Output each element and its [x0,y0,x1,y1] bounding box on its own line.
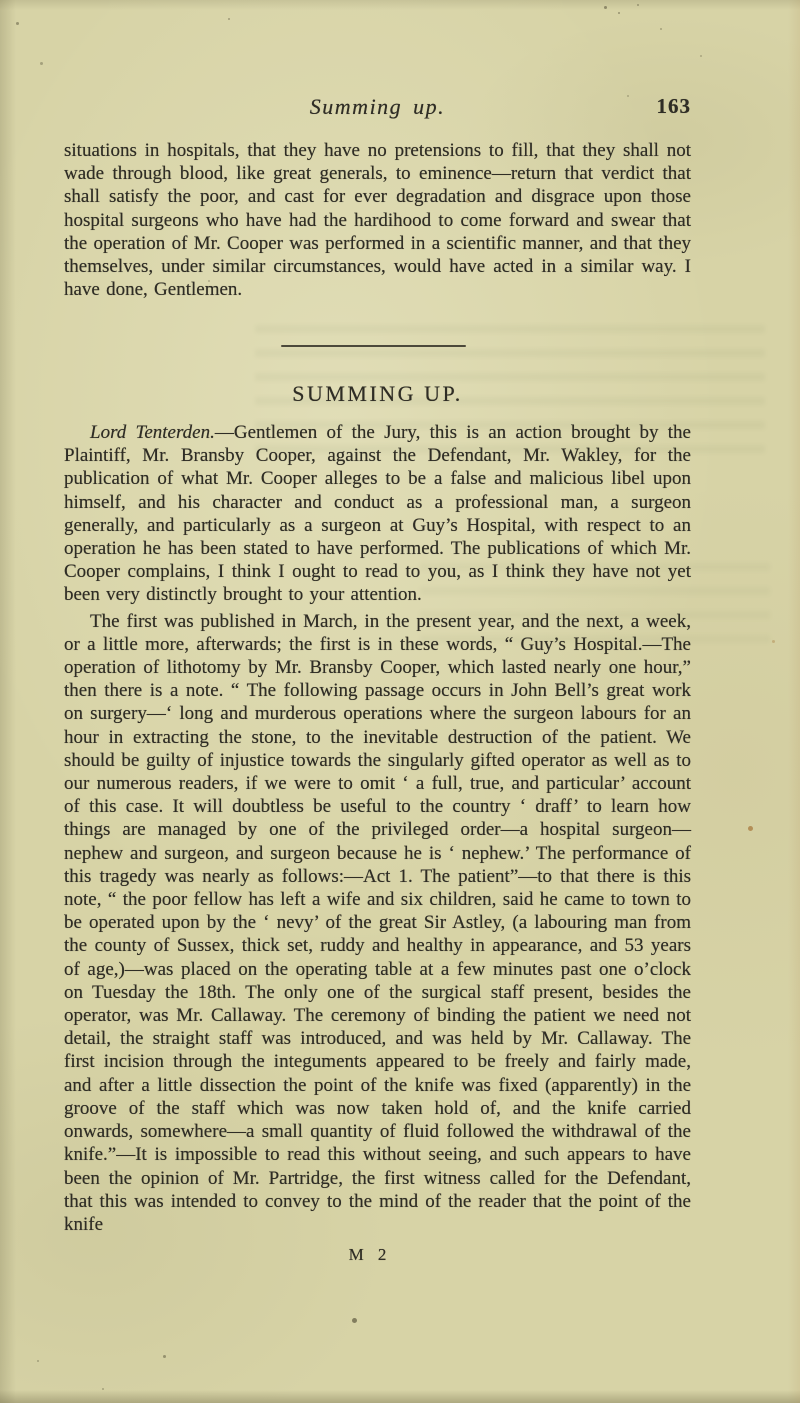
paper-speck [748,826,753,831]
paper-speck [700,55,702,57]
section-heading: SUMMING UP. [64,381,691,407]
paper-speck [163,1355,166,1358]
section-divider-rule [281,345,466,347]
speech-paragraph-1: Lord Tenterden.—Gentlemen of the Jury, t… [64,421,691,607]
page-number: 163 [657,94,692,119]
paper-speck [579,1197,581,1199]
paper-speck [102,1388,104,1390]
speech-paragraph-1-text: —Gentlemen of the Jury, this is an actio… [64,422,691,605]
paper-speck [466,199,470,203]
paper-speck [660,28,662,30]
paper-speck [772,640,775,643]
book-page-scan: Summing up. 163 situations in hospitals,… [0,0,800,1403]
paper-speck [604,6,607,9]
paper-speck [618,12,620,14]
speaker-name: Lord Tenterden. [90,422,215,443]
speech-paragraph-2: The first was published in March, in the… [64,610,691,1236]
speech-block: Lord Tenterden.—Gentlemen of the Jury, t… [64,421,691,1236]
page-header: Summing up. 163 [64,94,691,128]
running-head: Summing up. [64,94,691,120]
paper-speck [40,62,43,65]
paper-speck [16,22,19,25]
continuation-paragraph: situations in hospitals, that they have … [64,139,691,301]
paper-speck [352,1318,357,1323]
paper-speck [627,95,629,97]
paper-speck [37,1360,39,1362]
paper-speck [228,18,230,20]
paper-speck [637,4,639,6]
signature-mark: M 2 [290,1245,450,1265]
paper-speck [208,280,210,282]
